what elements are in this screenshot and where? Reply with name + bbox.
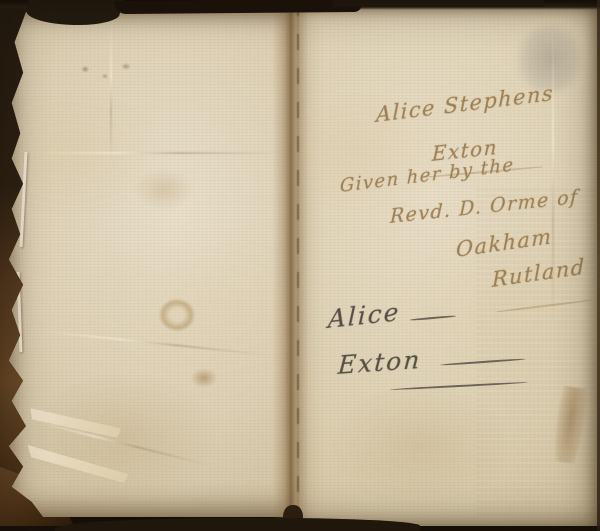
fold-crease bbox=[41, 330, 269, 356]
inscription-given-by: Given her by the bbox=[340, 154, 515, 197]
top-edge-blob bbox=[334, 0, 544, 7]
paper-texture bbox=[6, 12, 292, 517]
strike-flourish bbox=[440, 358, 526, 366]
paper-mottling bbox=[290, 5, 600, 531]
inscription-place-rutland: Rutland bbox=[492, 255, 586, 292]
paper-texture bbox=[290, 5, 600, 531]
inscription-pencil-place: Exton bbox=[337, 345, 422, 380]
flourish-underline bbox=[425, 166, 543, 178]
inscription-place-exton: Exton bbox=[432, 135, 499, 166]
fold-crease bbox=[552, 25, 554, 325]
torn-paper-layer bbox=[27, 397, 121, 449]
torn-paper-layer bbox=[24, 432, 129, 496]
stain-speck-cluster bbox=[78, 58, 138, 86]
paper-mottling bbox=[6, 12, 292, 517]
inscription-place-oakham: Oakham bbox=[456, 224, 552, 262]
stain-faint-arc bbox=[124, 162, 204, 217]
paper-tear-highlight bbox=[20, 152, 28, 247]
print-showthrough bbox=[476, 185, 596, 515]
left-endpaper-page bbox=[6, 12, 292, 517]
inscription-revd-orme: Revd. D. Orme of bbox=[390, 186, 579, 228]
bottom-edge-wedge bbox=[55, 518, 420, 531]
stain-blob bbox=[188, 366, 220, 390]
damp-stain bbox=[551, 385, 589, 464]
flourish-underline bbox=[496, 299, 591, 312]
strike-flourish bbox=[410, 315, 456, 321]
fold-crease bbox=[110, 20, 112, 160]
right-endpaper-page: Alice Stephens Exton Given her by the Re… bbox=[290, 5, 600, 531]
stain-ring bbox=[156, 296, 198, 334]
inscription-owner-name: Alice Stephens bbox=[376, 81, 555, 127]
inscription-pencil-name: Alice bbox=[327, 297, 400, 334]
top-edge-blob bbox=[114, 0, 362, 14]
fold-crease bbox=[29, 152, 281, 154]
strike-flourish bbox=[390, 381, 528, 390]
ink-smudge bbox=[508, 13, 592, 105]
book-photograph: Alice Stephens Exton Given her by the Re… bbox=[0, 0, 600, 531]
